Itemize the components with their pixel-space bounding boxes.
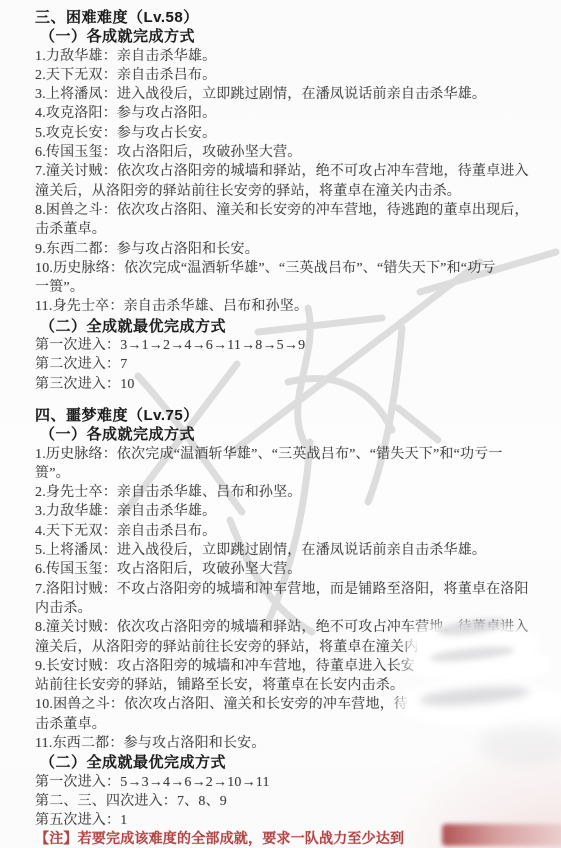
document-page: 三、困难难度（Lv.58）（一）各成就完成方式1.力敌华雄：亲自击杀华雄。2.天… — [0, 0, 561, 848]
text-line: 第二、三、四次进入：7、8、9 — [35, 792, 533, 811]
text-line: 5.攻克长安：参与攻占长安。 — [35, 124, 533, 143]
text-line: （一）各成就完成方式 — [35, 425, 533, 444]
text-line: 第一次进入：5→3→4→6→2→10→11 — [35, 773, 533, 792]
text-line: 11.东西二都：参与攻占洛阳和长安。 — [35, 734, 533, 753]
text-line: 9.东西二都：参与攻占洛阳和长安。 — [35, 240, 533, 259]
text-line: 第一次进入：3→1→2→4→6→11→8→5→9 — [35, 336, 533, 355]
text-line: 7.潼关讨贼：依次攻占洛阳旁的城墙和驿站，绝不可攻占冲车营地，待董卓进入 — [35, 162, 533, 181]
text-line: 三、困难难度（Lv.58） — [35, 8, 533, 27]
text-line: 3.上将潘凤：进入战役后，立即跳过剧情，在潘凤说话前亲自击杀华雄。 — [35, 85, 533, 104]
text-line: 11.身先士卒：亲自击杀华雄、吕布和孙坚。 — [35, 297, 533, 316]
text-line: 6.传国玉玺：攻占洛阳后，攻破孙坚大营。 — [35, 143, 533, 162]
text-line: 4.天下无双：亲自击杀吕布。 — [35, 522, 533, 541]
text-line: 2.身先士卒：亲自击杀华雄、吕布和孙坚。 — [35, 483, 533, 502]
text-line: 篑”。 — [35, 464, 533, 483]
text-line: 3.力敌华雄：亲自击杀华雄。 — [35, 502, 533, 521]
text-line: （一）各成就完成方式 — [35, 27, 533, 46]
text-line: 7.洛阳讨贼：不攻占洛阳旁的城墙和冲车营地，而是铺路至洛阳，将董卓在洛阳 — [35, 580, 533, 599]
text-line: 8.困兽之斗：依次攻占洛阳、潼关和长安旁的冲车营地，待逃跑的董卓出现后， — [35, 201, 533, 220]
text-line: 6.传国玉玺：攻占洛阳后，攻破孙坚大营。 — [35, 560, 533, 579]
text-line: （二）全成就最优完成方式 — [35, 753, 533, 772]
censor-smudge — [480, 725, 561, 765]
text-line: 1.历史脉络：依次完成“温酒斩华雄”、“三英战吕布”、“错失天下”和“功亏一 — [35, 445, 533, 464]
text-line: 潼关后，从洛阳旁的驿站前往长安旁的驿站，将董卓在潼关内击杀。 — [35, 182, 533, 201]
text-line: 击杀董卓。 — [35, 220, 533, 239]
text-line: 2.天下无双：亲自击杀吕布。 — [35, 66, 533, 85]
text-line: 内击杀。 — [35, 599, 533, 618]
text-line: 4.攻克洛阳：参与攻占洛阳。 — [35, 104, 533, 123]
text-line: 5.上将潘凤：进入战役后，立即跳过剧情，在潘凤说话前亲自击杀华雄。 — [35, 541, 533, 560]
text-line: 1.力敌华雄：亲自击杀华雄。 — [35, 47, 533, 66]
text-line: 四、噩梦难度（Lv.75） — [35, 406, 533, 425]
text-line: 10.历史脉络：依次完成“温酒斩华雄”、“三英战吕布”、“错失天下”和“功亏 — [35, 259, 533, 278]
text-line: 第二次进入：7 — [35, 355, 533, 374]
text-line: 一篑”。 — [35, 278, 533, 297]
redacted-value-blur — [442, 824, 561, 846]
text-line: 第三次进入：10 — [35, 375, 533, 394]
text-line: （二）全成就最优完成方式 — [35, 317, 533, 336]
document-content: 三、困难难度（Lv.58）（一）各成就完成方式1.力敌华雄：亲自击杀华雄。2.天… — [35, 8, 533, 848]
